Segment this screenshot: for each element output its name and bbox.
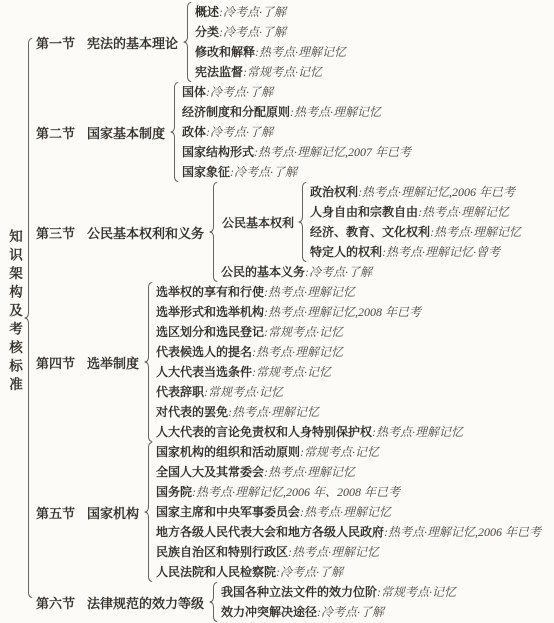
topic-note: :热考点·理解记忆 [252,345,343,359]
topic-item: 国体:冷考点·了解 [182,82,411,102]
topic-item: 地方各级人民代表大会和地方各级人民政府:热考点·理解记忆,2006 年已考 [156,522,541,542]
topic-note: :常规考点·记忆 [300,445,379,459]
topic-text: 我国各种立法文件的效力位阶 [221,585,377,599]
topic-item: 国家结构形式:热考点·理解记忆,2007 年已考 [182,142,411,162]
topic-text: 选举形式和选举机构 [156,305,264,319]
topic-note: :常规考点·记忆 [243,65,322,79]
section-2-head: 第二节 国家基本制度 [36,123,165,142]
section-number: 第五节 [36,503,75,522]
topic-note: :常规考点·记忆 [377,585,456,599]
topic-text: 宪法监督 [195,65,243,79]
topic-item: 国家机构的组织和活动原则:常规考点·记忆 [156,442,541,462]
topic-note: :热考点·理解记忆 [288,545,379,559]
topic-text: 代表候选人的提名 [156,345,252,359]
knowledge-map-page: 知识架构及考核标准 第一节 宪法的基本理论 概述:冷考点·了解 分类:冷考点·了… [0,0,554,623]
topic-item: 代表候选人的提名:热考点·理解记忆 [156,342,463,362]
topic-item: 效力冲突解决途径:冷考点·了解 [221,602,456,622]
topic-text: 人大代表的言论免责权和人身特别保护权 [156,425,372,439]
section-6: 第六节 法律规范的效力等级 我国各种立法文件的效力位阶:常规考点·记忆 效力冲突… [33,582,541,622]
topic-note: :冷考点·了解 [206,125,273,139]
topic-text: 政体 [182,125,206,139]
topic-item: 宪法监督:常规考点·记忆 [195,62,346,82]
topic-note: :冷考点·了解 [230,165,297,179]
topic-item: 概述:冷考点·了解 [195,2,346,22]
topic-text: 全国人大及其常委会 [156,465,264,479]
topic-item: 分类:冷考点·了解 [195,22,346,42]
topic-note: :冷考点·了解 [317,605,384,619]
topic-text: 选区划分和选民登记 [156,325,264,339]
section-title: 国家基本制度 [87,123,165,142]
section-2-items: 国体:冷考点·了解 经济制度和分配原则:热考点·理解记忆 政体:冷考点·了解 国… [182,82,411,182]
topic-text: 政治权利 [310,185,358,199]
section-title: 选举制度 [87,353,139,372]
topic-text: 效力冲突解决途径 [221,605,317,619]
topic-text: 对代表的罢免 [156,405,228,419]
topic-item: 人大代表的言论免责权和人身特别保护权:热考点·理解记忆 [156,422,463,442]
topic-item: 民族自治区和特别行政区:热考点·理解记忆 [156,542,541,562]
topic-text: 分类 [195,25,219,39]
topic-item: 人身自由和宗教自由:热考点·理解记忆 [310,202,521,222]
topic-note: :热考点·理解记忆 [372,425,463,439]
topic-item: 国家象征:冷考点·了解 [182,162,411,182]
section-title: 法律规范的效力等级 [87,593,204,612]
topic-note: :热考点·理解记忆,2008 年已考 [264,305,421,319]
topic-text: 代表辞职 [156,385,204,399]
section-4: 第四节 选举制度 选举权的享有和行使:热考点·理解记忆 选举形式和选举机构:热考… [33,282,541,442]
section-3: 第三节 公民基本权利和义务 公民基本权利 政治权利:热考点·理解记忆,2006 … [33,182,541,282]
topic-item: 选举形式和选举机构:热考点·理解记忆,2008 年已考 [156,302,463,322]
section-6-brace [209,582,218,622]
topic-text: 人民法院和人民检察院 [156,565,276,579]
topic-note: :热考点·理解记忆 [290,105,381,119]
topic-text: 经济、教育、文化权利 [310,225,430,239]
topic-text: 国体 [182,85,206,99]
topic-item: 国家主席和中央军事委员会:热考点·理解记忆 [156,502,541,522]
topic-item: 我国各种立法文件的效力位阶:常规考点·记忆 [221,582,456,602]
root-label: 知识架构及考核标准 [4,229,24,396]
topic-text: 国务院 [156,485,192,499]
section-5-head: 第五节 国家机构 [36,503,139,522]
citizen-rights-group: 公民基本权利 政治权利:热考点·理解记忆,2006 年已考 人身自由和宗教自由:… [221,182,521,262]
sections-column: 第一节 宪法的基本理论 概述:冷考点·了解 分类:冷考点·了解 修改和解释:热考… [33,2,541,622]
topic-text: 国家结构形式 [182,145,254,159]
section-1-head: 第一节 宪法的基本理论 [36,33,178,52]
section-6-items: 我国各种立法文件的效力位阶:常规考点·记忆 效力冲突解决途径:冷考点·了解 [221,582,456,622]
section-4-brace [144,282,153,442]
topic-text: 修改和解释 [195,45,255,59]
topic-note: :冷考点·了解 [305,265,372,279]
topic-note: :热考点·理解记忆,2006 年已考 [358,185,515,199]
topic-text: 民族自治区和特别行政区 [156,545,288,559]
subgroup-brace [298,182,307,262]
topic-item: 国务院:热考点·理解记忆,2006 年、2008 年已考 [156,482,541,502]
section-number: 第二节 [36,123,75,142]
topic-item: 政体:冷考点·了解 [182,122,411,142]
topic-note: :热考点·理解记忆 [300,505,391,519]
topic-note: :热考点·理解记忆 [430,225,521,239]
topic-note: :热考点·理解记忆,2007 年已考 [254,145,411,159]
topic-note: :常规考点·记忆 [264,325,343,339]
topic-note: :常规考点·记忆 [204,385,283,399]
section-5-brace [144,442,153,582]
section-number: 第一节 [36,33,75,52]
subgroup-label: 公民基本权利 [222,214,294,231]
topic-text: 地方各级人民代表大会和地方各级人民政府 [156,525,384,539]
topic-text: 概述 [195,5,219,19]
topic-text: 人大代表当选条件 [156,365,252,379]
topic-item: 经济制度和分配原则:热考点·理解记忆 [182,102,411,122]
section-4-head: 第四节 选举制度 [36,353,139,372]
topic-item: 政治权利:热考点·理解记忆,2006 年已考 [310,182,521,202]
section-4-items: 选举权的享有和行使:热考点·理解记忆 选举形式和选举机构:热考点·理解记忆,20… [156,282,463,442]
section-number: 第三节 [36,223,75,242]
topic-note: :热考点·理解记忆,2006 年、2008 年已考 [192,485,400,499]
section-2: 第二节 国家基本制度 国体:冷考点·了解 经济制度和分配原则:热考点·理解记忆 … [33,82,541,182]
section-2-brace [170,82,179,182]
subgroup-items: 政治权利:热考点·理解记忆,2006 年已考 人身自由和宗教自由:热考点·理解记… [310,182,521,262]
topic-note: :冷考点·了解 [219,5,286,19]
topic-item: 修改和解释:热考点·理解记忆 [195,42,346,62]
topic-text: 选举权的享有和行使 [156,285,264,299]
section-1-brace [183,2,192,82]
topic-note: :热考点·理解记忆 [264,465,355,479]
topic-text: 经济制度和分配原则 [182,105,290,119]
section-title: 宪法的基本理论 [87,33,178,52]
section-3-items: 公民基本权利 政治权利:热考点·理解记忆,2006 年已考 人身自由和宗教自由:… [221,182,521,282]
section-title: 国家机构 [87,503,139,522]
section-5-items: 国家机构的组织和活动原则:常规考点·记忆 全国人大及其常委会:热考点·理解记忆 … [156,442,541,582]
topic-note: :热考点·理解记忆 [228,405,319,419]
topic-note: :热考点·理解记忆 [264,285,355,299]
topic-note: :热考点·理解记忆,2006 年已考 [384,525,541,539]
root-brace [24,38,33,598]
section-1: 第一节 宪法的基本理论 概述:冷考点·了解 分类:冷考点·了解 修改和解释:热考… [33,2,541,82]
topic-text: 特定人的权利 [310,245,382,259]
section-number: 第六节 [36,593,75,612]
section-title: 公民基本权利和义务 [87,223,204,242]
topic-text: 公民的基本义务 [221,265,305,279]
topic-note: :常规考点·记忆 [252,365,331,379]
topic-note: :冷考点·了解 [276,565,343,579]
topic-note: :热考点·理解记忆·曾考 [382,245,500,259]
section-5: 第五节 国家机构 国家机构的组织和活动原则:常规考点·记忆 全国人大及其常委会:… [33,442,541,582]
topic-item: 代表辞职:常规考点·记忆 [156,382,463,402]
topic-item: 全国人大及其常委会:热考点·理解记忆 [156,462,541,482]
topic-item: 人民法院和人民检察院:冷考点·了解 [156,562,541,582]
topic-item: 经济、教育、文化权利:热考点·理解记忆 [310,222,521,242]
topic-item: 选举权的享有和行使:热考点·理解记忆 [156,282,463,302]
topic-item: 对代表的罢免:热考点·理解记忆 [156,402,463,422]
topic-item: 公民的基本义务:冷考点·了解 [221,262,521,282]
topic-text: 国家象征 [182,165,230,179]
section-1-items: 概述:冷考点·了解 分类:冷考点·了解 修改和解释:热考点·理解记忆 宪法监督:… [195,2,346,82]
topic-item: 选区划分和选民登记:常规考点·记忆 [156,322,463,342]
topic-text: 人身自由和宗教自由 [310,205,418,219]
topic-text: 国家主席和中央军事委员会 [156,505,300,519]
section-3-brace [209,182,218,282]
section-6-head: 第六节 法律规范的效力等级 [36,593,204,612]
topic-text: 国家机构的组织和活动原则 [156,445,300,459]
section-3-head: 第三节 公民基本权利和义务 [36,223,204,242]
topic-item: 人大代表当选条件:常规考点·记忆 [156,362,463,382]
knowledge-tree: 知识架构及考核标准 第一节 宪法的基本理论 概述:冷考点·了解 分类:冷考点·了… [4,2,554,622]
topic-note: :热考点·理解记忆 [418,205,509,219]
section-number: 第四节 [36,353,75,372]
topic-note: :冷考点·了解 [219,25,286,39]
topic-item: 特定人的权利:热考点·理解记忆·曾考 [310,242,521,262]
topic-note: :冷考点·了解 [206,85,273,99]
topic-note: :热考点·理解记忆 [255,45,346,59]
